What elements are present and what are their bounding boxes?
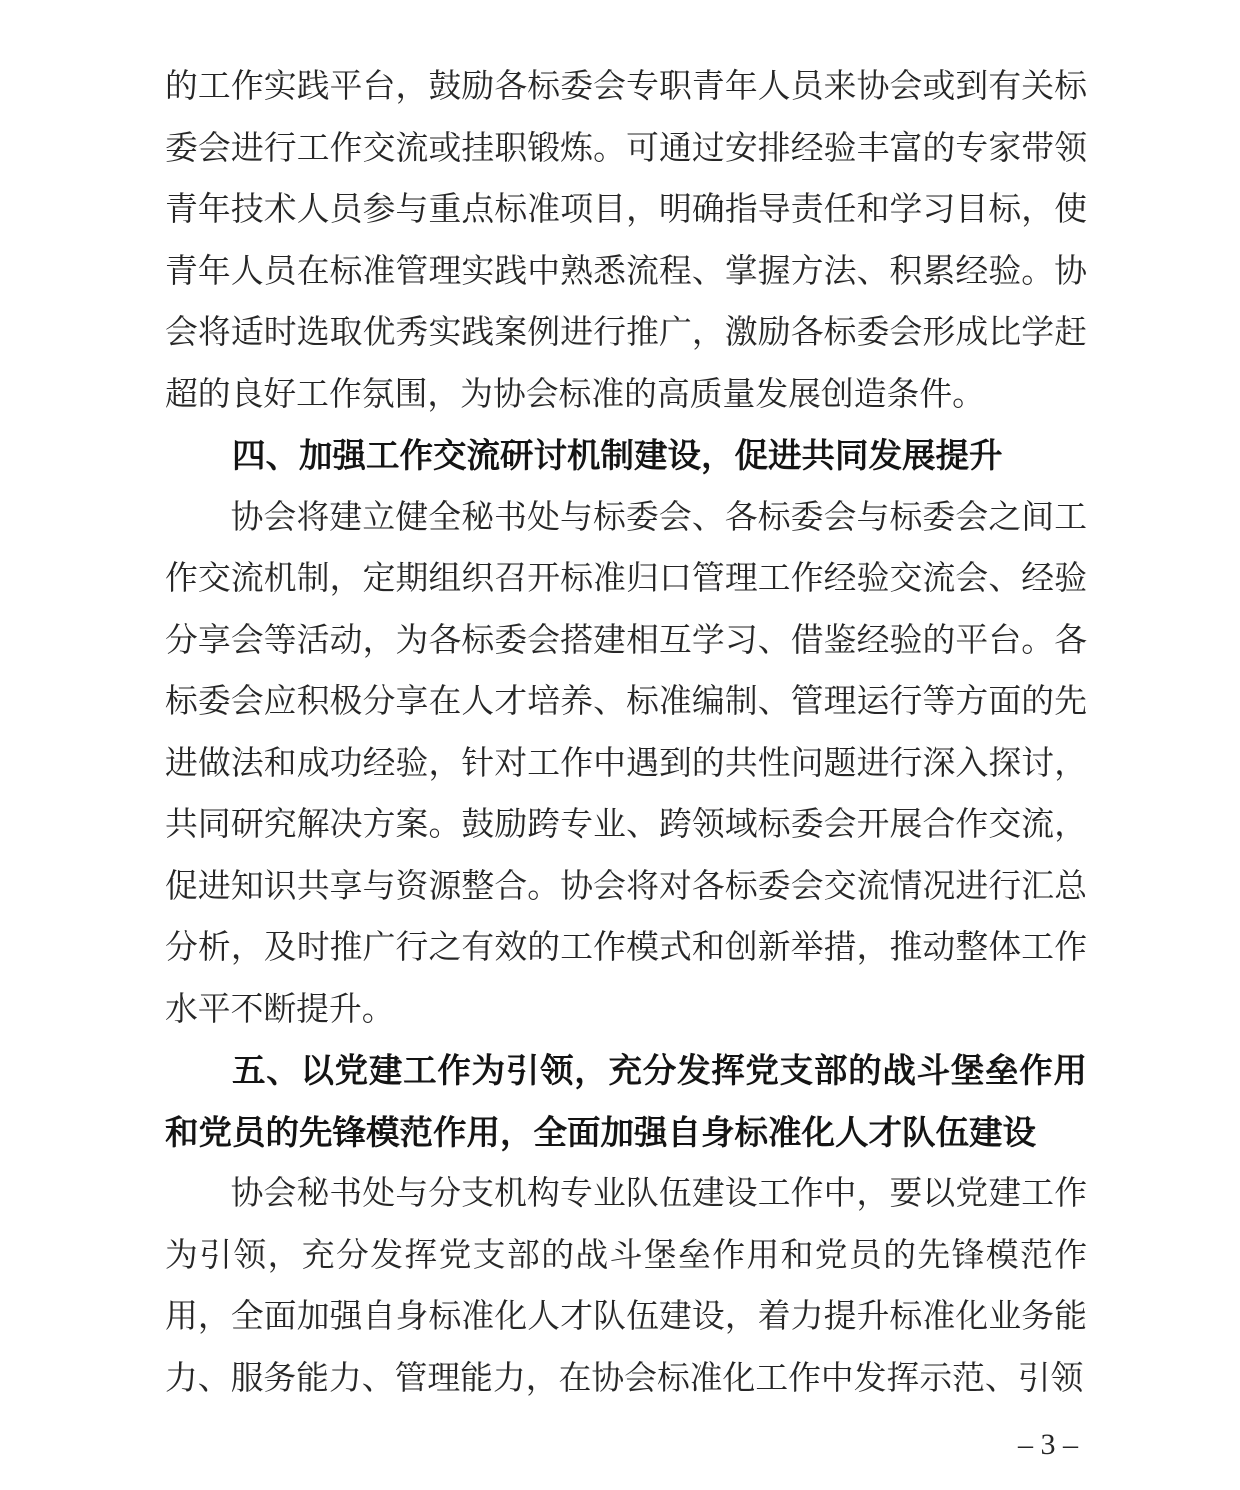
paragraph-section-5: 协会秘书处与分支机构专业队伍建设工作中，要以党建工作为引领，充分发挥党支部的战斗… (165, 1164, 1087, 1410)
paragraph-section-4: 协会将建立健全秘书处与标委会、各标委会与标委会之间工作交流机制，定期组织召开标准… (165, 488, 1087, 1042)
section-heading-5: 五、以党建工作为引领，充分发挥党支部的战斗堡垒作用和党员的先锋模范作用，全面加强… (165, 1041, 1087, 1164)
document-page: 的工作实践平台，鼓励各标委会专职青年人员来协会或到有关标委会进行工作交流或挂职锻… (0, 0, 1240, 1490)
section-heading-4: 四、加强工作交流研讨机制建设，促进共同发展提升 (165, 426, 1087, 488)
paragraph-continuation: 的工作实践平台，鼓励各标委会专职青年人员来协会或到有关标委会进行工作交流或挂职锻… (165, 57, 1087, 426)
document-body: 的工作实践平台，鼓励各标委会专职青年人员来协会或到有关标委会进行工作交流或挂职锻… (165, 57, 1087, 1410)
page-number: – 3 – (1018, 1428, 1078, 1462)
